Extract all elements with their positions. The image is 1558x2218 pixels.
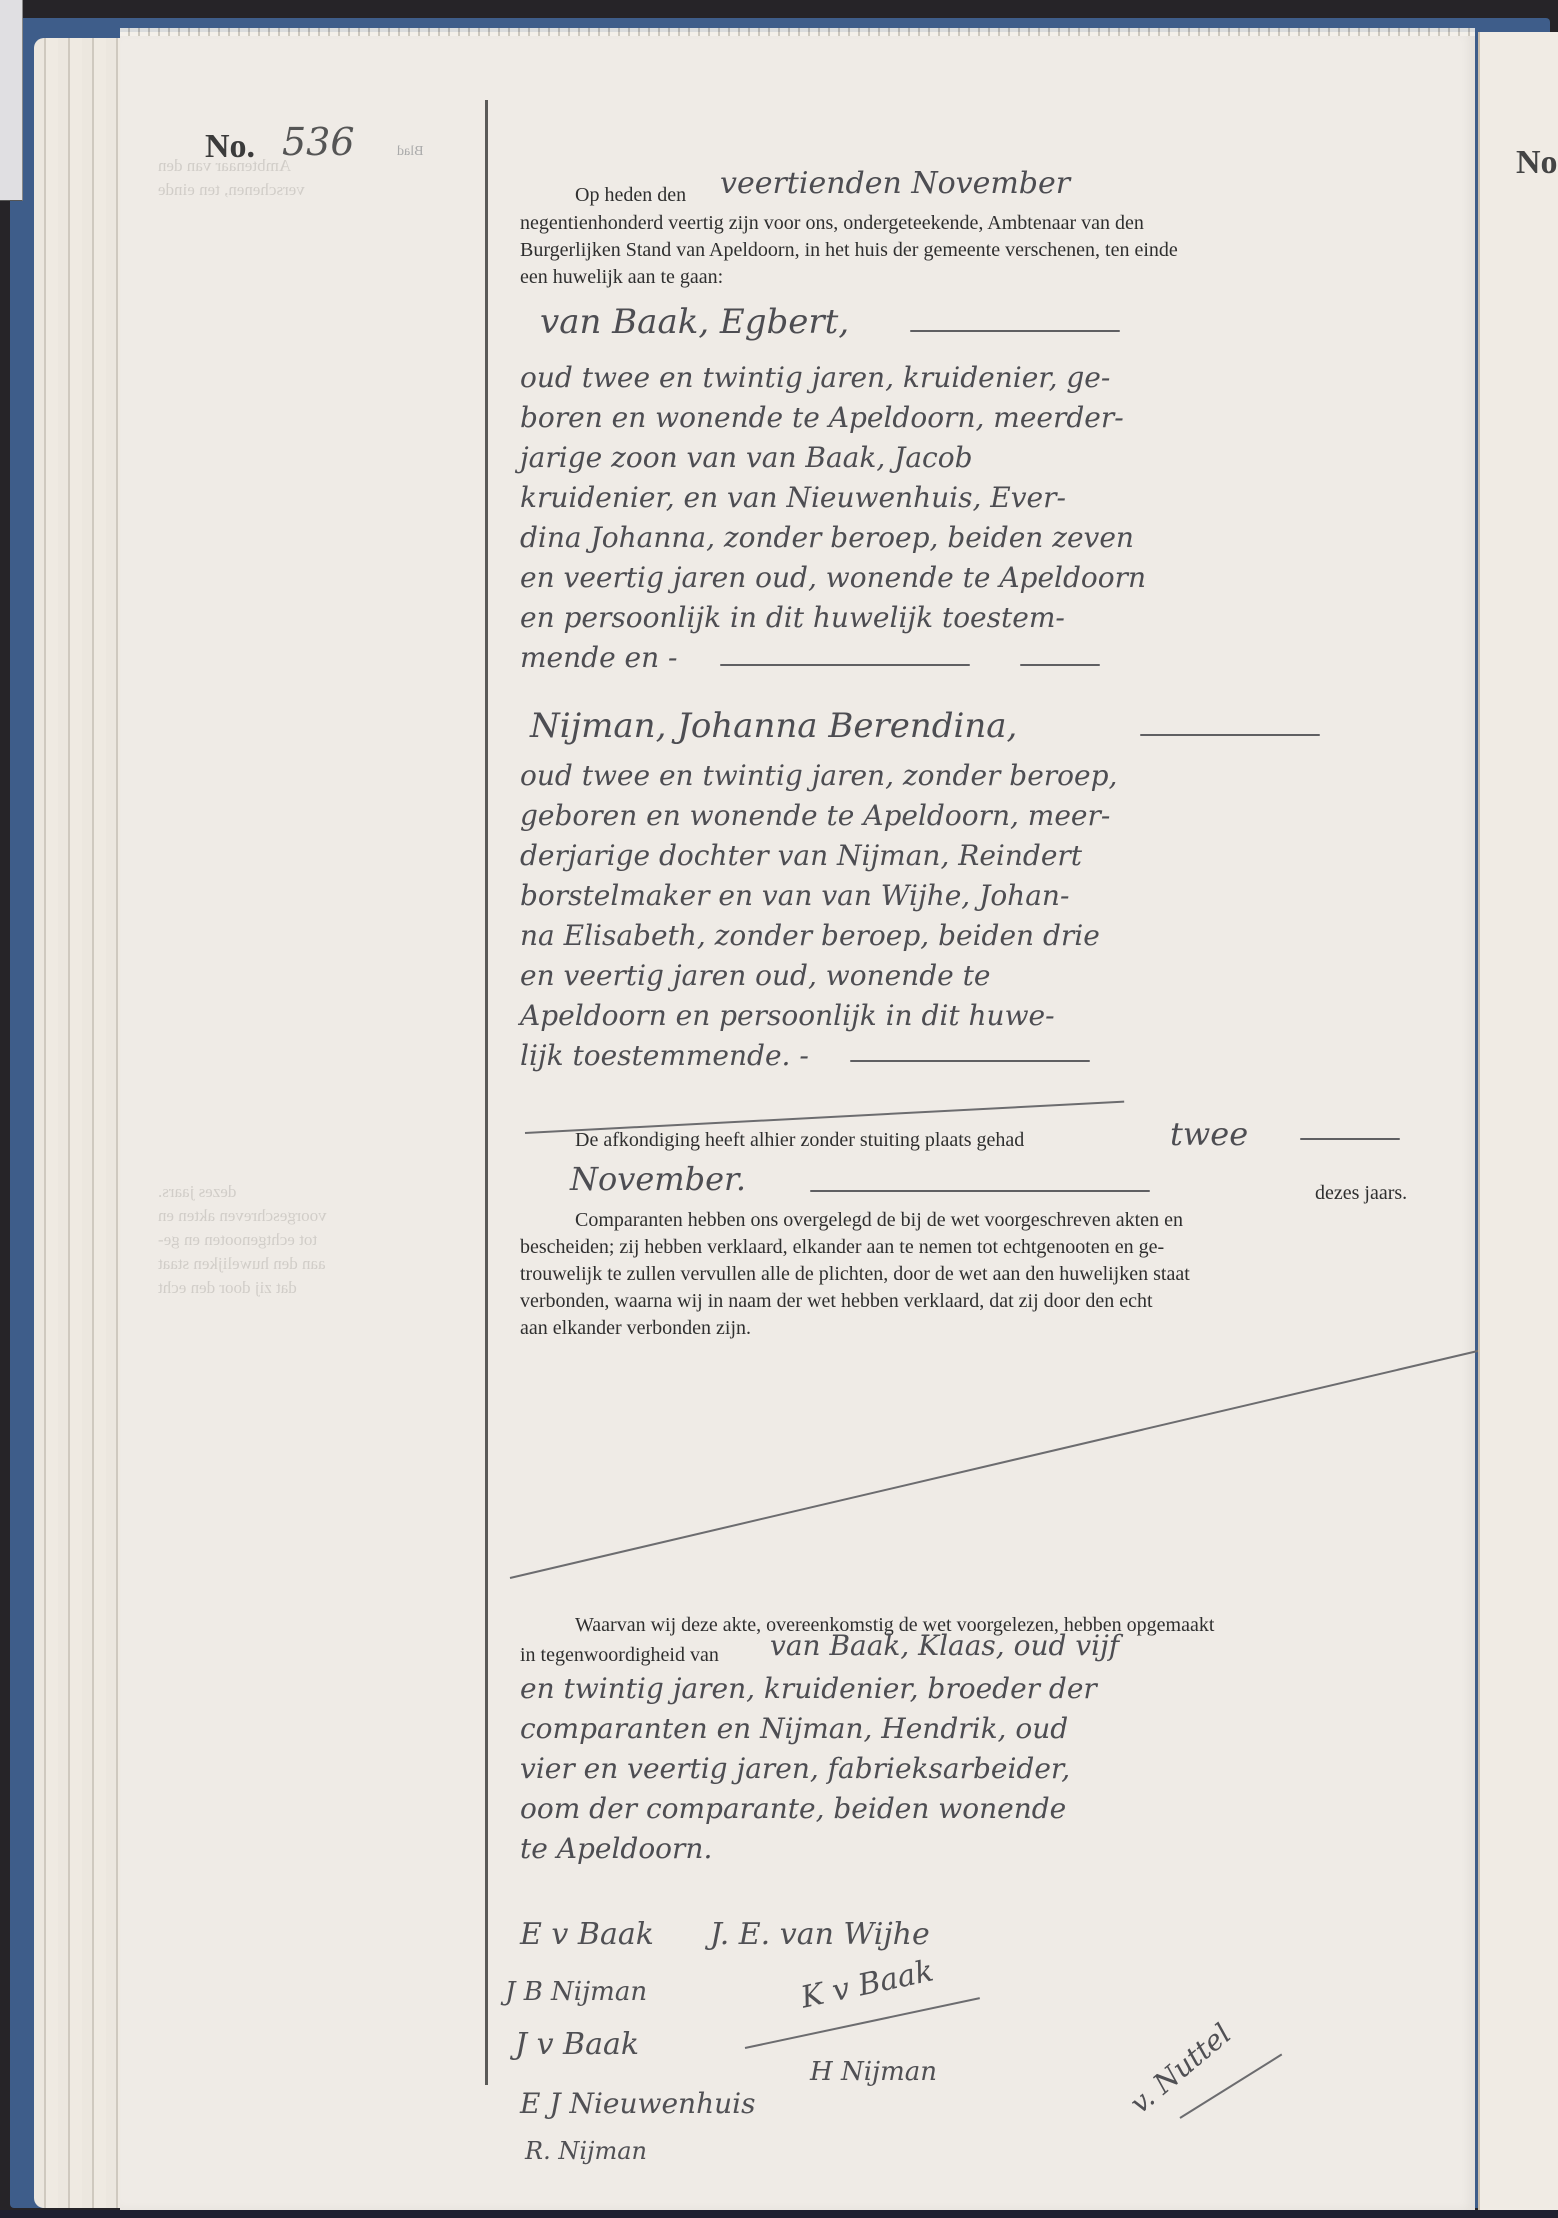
viewer-side-tab <box>0 0 23 201</box>
witness-line: en twintig jaren, kruidenier, broeder de… <box>520 1667 1097 1711</box>
bleed-through-text: aan den huwelijken staat <box>158 1252 326 1276</box>
bleed-through-text: verschenen, ten einde <box>158 178 305 202</box>
fill-rule <box>810 1190 1150 1192</box>
signature-registrar: v. Nuttel <box>1124 2017 1238 2120</box>
bride-line: na Elisabeth, zonder beroep, beiden drie <box>520 914 1100 958</box>
bride-line: borstelmaker en van van Wijhe, Johan- <box>520 874 1069 918</box>
signature: K v Baak <box>798 1953 937 2015</box>
proclamation-printed-2: dezes jaars. <box>1315 1180 1407 1207</box>
record-number-label: No. <box>205 128 255 166</box>
handwritten-marriage-date: veertienden November <box>720 162 1070 206</box>
fill-rule <box>850 1060 1090 1062</box>
bride-line: Apeldoorn en persoonlijk in dit huwe- <box>520 994 1055 1038</box>
signature: E v Baak <box>520 1917 654 1952</box>
witness-line: oom der comparante, beiden wonende <box>520 1787 1066 1831</box>
record-number-value: 536 <box>282 120 355 164</box>
signature: J B Nijman <box>505 1977 647 2007</box>
declaration-line: trouwelijk te zullen vervullen alle de p… <box>520 1261 1555 1288</box>
bottom-shadow <box>0 2210 1558 2218</box>
handwritten-proclamation-month: November. <box>570 1157 746 1201</box>
witness-line: comparanten en Nijman, Hendrik, oud <box>520 1707 1068 1751</box>
page-stack-edges <box>34 38 124 2208</box>
declaration-line: aan elkander verbonden zijn. <box>520 1315 751 1342</box>
fill-rule <box>1140 734 1320 736</box>
witness-first-line: van Baak, Klaas, oud vijf <box>770 1624 1119 1668</box>
signature: J v Baak <box>515 2027 639 2062</box>
fill-rule <box>1300 1138 1400 1140</box>
bleed-through-text: dezes jaars. <box>158 1180 236 1204</box>
page-top-edge <box>120 28 1475 36</box>
groom-name: van Baak, Egbert, <box>540 300 849 344</box>
bleed-through-text: tot echtgenooten en ge- <box>158 1228 317 1252</box>
signature: R. Nijman <box>525 2137 647 2165</box>
handwritten-proclamation-day: twee <box>1170 1112 1248 1156</box>
groom-line: en veertig jaren oud, wonende te Apeldoo… <box>520 556 1146 600</box>
groom-line: mende en - <box>520 636 678 680</box>
bride-name: Nijman, Johanna Berendina, <box>530 704 1017 748</box>
witness-line: te Apeldoorn. <box>520 1827 712 1871</box>
groom-line: oud twee en twintig jaren, kruidenier, g… <box>520 356 1110 400</box>
signature: E J Nieuwenhuis <box>520 2087 755 2120</box>
groom-line: en persoonlijk in dit huwelijk toestem- <box>520 596 1065 640</box>
declaration-line: bescheiden; zij hebben verklaard, elkand… <box>520 1234 1555 1261</box>
fill-rule <box>910 330 1120 332</box>
groom-line: jarige zoon van van Baak, Jacob <box>520 436 973 480</box>
intro-printed-3: Burgerlijken Stand van Apeldoorn, in het… <box>520 237 1555 264</box>
margin-rule <box>485 100 488 2085</box>
bride-line: derjarige dochter van Nijman, Reindert <box>520 834 1082 878</box>
witness-printed-2: in tegenwoordigheid van <box>520 1642 719 1669</box>
intro-printed-2: negentienhonderd veertig zijn voor ons, … <box>520 210 1555 237</box>
declaration-line: verbonden, waarna wij in naam der wet he… <box>520 1288 1555 1315</box>
witness-line: vier en veertig jaren, fabrieksarbeider, <box>520 1747 1070 1791</box>
signature: J. E. van Wijhe <box>710 1917 930 1952</box>
next-page-edge: No <box>1478 32 1558 2210</box>
groom-line: dina Johanna, zonder beroep, beiden zeve… <box>520 516 1134 560</box>
groom-line: kruidenier, en van Nieuwenhuis, Ever- <box>520 476 1066 520</box>
next-record-label: No <box>1516 144 1558 182</box>
bride-line: lijk toestemmende. - <box>520 1034 809 1078</box>
bride-line: oud twee en twintig jaren, zonder beroep… <box>520 754 1117 798</box>
signature-flourish <box>745 1997 980 2049</box>
fill-rule <box>1020 664 1100 666</box>
signature: H Nijman <box>810 2057 937 2087</box>
declaration-line: Comparanten hebben ons overgelegd de bij… <box>575 1207 1555 1234</box>
bride-line: en veertig jaren oud, wonende te <box>520 954 990 998</box>
bride-line: geboren en wonende te Apeldoorn, meer- <box>520 794 1110 838</box>
blank-strike-line <box>510 1336 1538 1579</box>
bleed-through-text: dat zij door den echt <box>158 1276 297 1300</box>
bleed-through-text: voorgeschreven akten en <box>158 1204 327 1228</box>
groom-line: boren en wonende te Apeldoorn, meerder- <box>520 396 1124 440</box>
intro-printed-1: Op heden den <box>575 182 686 209</box>
blad-label-bleed: Blad <box>397 144 423 160</box>
intro-printed-4: een huwelijk aan te gaan: <box>520 264 723 291</box>
proclamation-printed-1: De afkondiging heeft alhier zonder stuit… <box>575 1127 1024 1154</box>
fill-rule <box>720 664 970 666</box>
register-page: Ambtenaar van den verschenen, ten einde … <box>120 32 1475 2210</box>
